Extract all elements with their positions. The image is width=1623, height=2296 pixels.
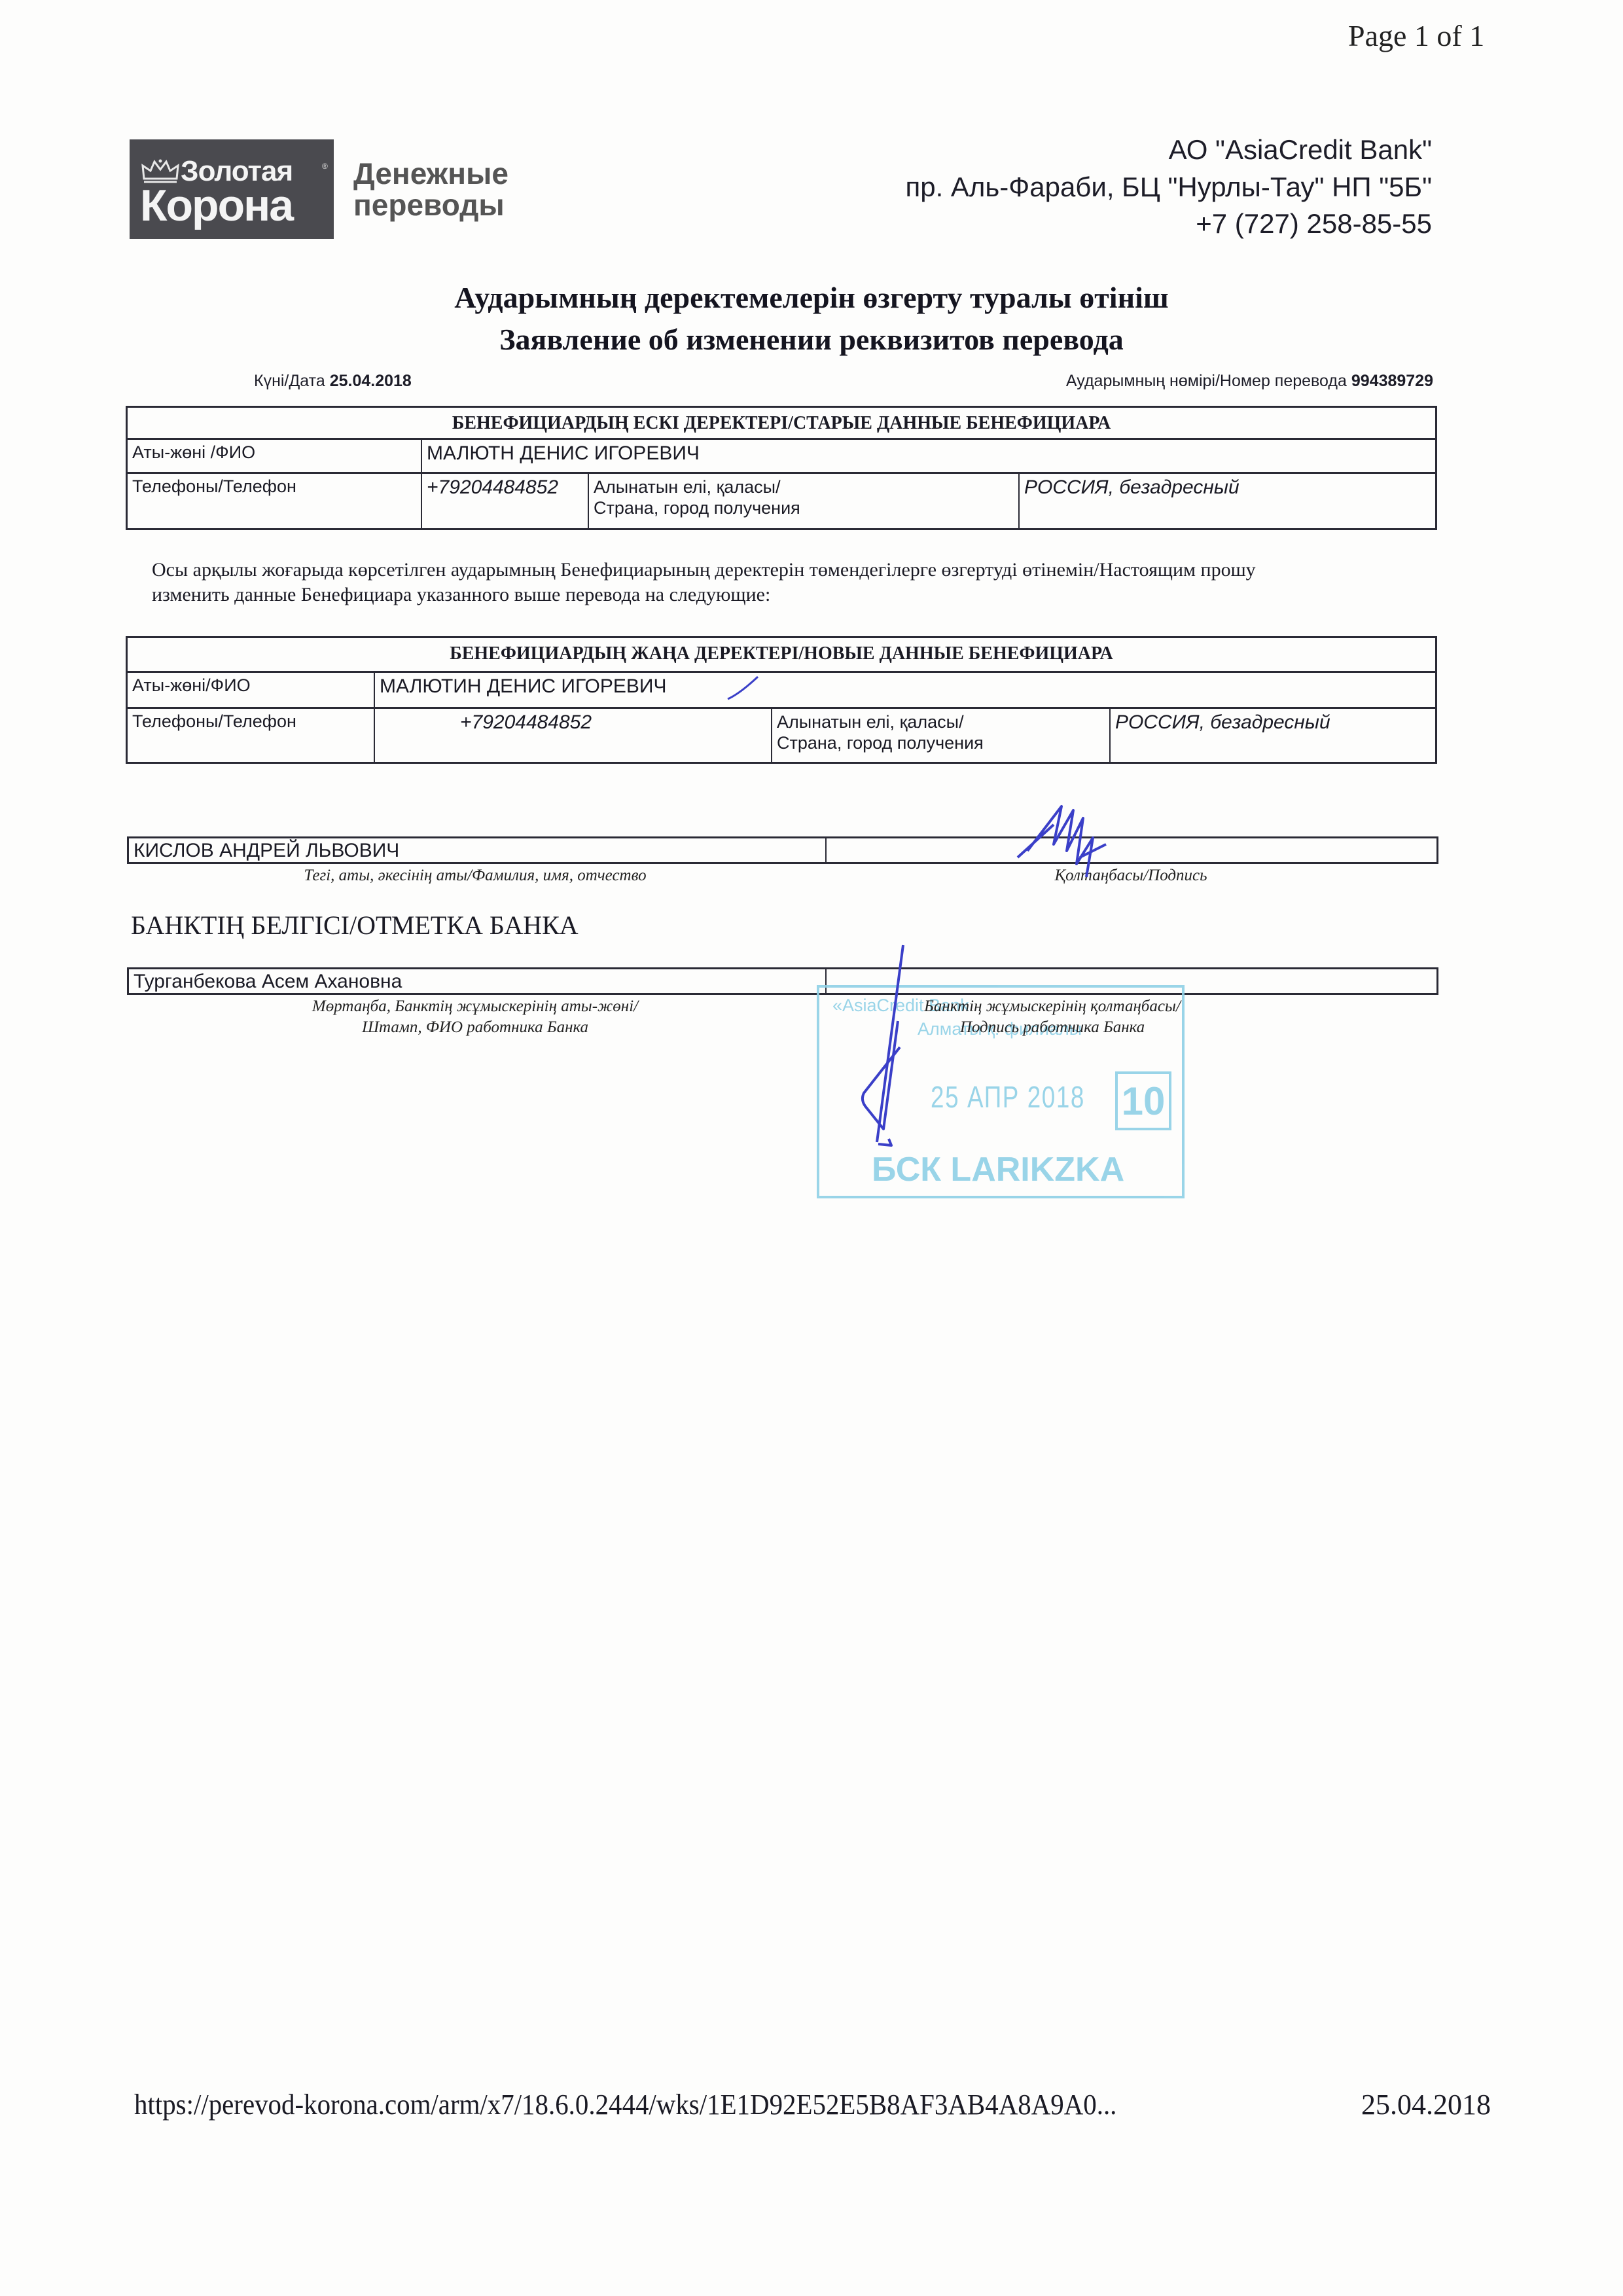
old-country-value: РОССИЯ, безадресный bbox=[1018, 474, 1435, 528]
bank-employee-caption-ru: Штамп, ФИО работника Банка bbox=[127, 1017, 823, 1038]
new-name-row: Аты-жөні/ФИО МАЛЮТИН ДЕНИС ИГОРЕВИЧ bbox=[128, 671, 1435, 707]
applicant-name: КИСЛОВ АНДРЕЙ ЛЬВОВИЧ bbox=[129, 838, 825, 862]
bank-employee-caption: Мөртаңба, Банктің жұмыскерінің аты-жөні/… bbox=[127, 996, 823, 1038]
document-title-ru: Заявление об изменении реквизитов перево… bbox=[0, 322, 1623, 357]
new-phone-label: Телефоны/Телефон bbox=[128, 709, 374, 762]
old-country-label-kz: Алынатын елі, қаласы/ bbox=[594, 476, 1014, 497]
new-country-label-ru: Страна, город получения bbox=[777, 732, 1105, 753]
old-beneficiary-header: БЕНЕФИЦИАРДЫҢ ЕСКІ ДЕРЕКТЕРІ/СТАРЫЕ ДАНН… bbox=[128, 408, 1435, 434]
old-phone-value: +79204484852 bbox=[421, 474, 588, 528]
old-country-label-ru: Страна, город получения bbox=[594, 497, 1014, 518]
new-country-label: Алынатын елі, қаласы/ Страна, город полу… bbox=[771, 709, 1109, 762]
request-text-line2: изменить данные Бенефициара указанного в… bbox=[152, 583, 1435, 607]
bank-mark-heading: БАНКТІҢ БЕЛГІСІ/ОТМЕТКА БАНКА bbox=[131, 910, 579, 941]
footer-date: 25.04.2018 bbox=[1361, 2088, 1491, 2121]
transfer-number-value: 994389729 bbox=[1351, 372, 1433, 390]
transfer-number-label: Аударымның нөмірі/Номер перевода bbox=[1066, 372, 1347, 390]
brand-tagline-line1: Денежные bbox=[353, 156, 508, 191]
bank-name: АО "AsiaCredit Bank" bbox=[1169, 134, 1432, 166]
old-name-value: МАЛЮТН ДЕНИС ИГОРЕВИЧ bbox=[421, 440, 1435, 472]
checkmark-icon bbox=[726, 674, 766, 704]
new-beneficiary-table: БЕНЕФИЦИАРДЫҢ ЖАҢА ДЕРЕКТЕРІ/НОВЫЕ ДАННЫ… bbox=[126, 636, 1437, 764]
old-name-row: Аты-жөні /ФИО МАЛЮТН ДЕНИС ИГОРЕВИЧ bbox=[128, 438, 1435, 472]
date-label: Күні/Дата bbox=[254, 372, 325, 390]
stamp-code: БСК LARIKZKA bbox=[872, 1150, 1124, 1189]
transfer-number: Аударымның нөмірі/Номер перевода 9943897… bbox=[1066, 372, 1433, 391]
stamp-number: 10 bbox=[1115, 1071, 1171, 1130]
old-phone-row: Телефоны/Телефон +79204484852 Алынатын е… bbox=[128, 472, 1435, 528]
applicant-name-caption: Тегі, аты, әкесінің аты/Фамилия, имя, от… bbox=[127, 865, 823, 886]
old-phone-label: Телефоны/Телефон bbox=[128, 474, 421, 528]
footer-url: https://perevod-korona.com/arm/x7/18.6.0… bbox=[134, 2088, 1116, 2121]
document-date: Күні/Дата 25.04.2018 bbox=[254, 372, 412, 391]
old-beneficiary-table: БЕНЕФИЦИАРДЫҢ ЕСКІ ДЕРЕКТЕРІ/СТАРЫЕ ДАНН… bbox=[126, 406, 1437, 530]
old-country-label: Алынатын елі, қаласы/ Страна, город полу… bbox=[588, 474, 1018, 528]
new-phone-value: +79204484852 bbox=[374, 709, 771, 762]
document-title-kz: Аударымның деректемелерін өзгерту туралы… bbox=[0, 280, 1623, 315]
bank-employee-signature bbox=[851, 942, 955, 1152]
new-phone-row: Телефоны/Телефон +79204484852 Алынатын е… bbox=[128, 707, 1435, 762]
page-indicator: Page 1 of 1 bbox=[1348, 18, 1484, 53]
brand-name-line2: Корона bbox=[140, 180, 293, 231]
old-name-label: Аты-жөні /ФИО bbox=[128, 440, 421, 472]
bank-employee-caption-kz: Мөртаңба, Банктің жұмыскерінің аты-жөні/ bbox=[127, 996, 823, 1017]
new-name-value: МАЛЮТИН ДЕНИС ИГОРЕВИЧ bbox=[374, 673, 1435, 707]
date-value: 25.04.2018 bbox=[330, 372, 412, 390]
bank-phone: +7 (727) 258-85-55 bbox=[1196, 208, 1432, 240]
new-country-label-kz: Алынатын елі, қаласы/ bbox=[777, 711, 1105, 732]
brand-tagline-line2: переводы bbox=[353, 187, 505, 223]
applicant-signature bbox=[1014, 805, 1165, 897]
bank-employee-row: Турганбекова Асем Ахановна bbox=[127, 967, 1438, 995]
new-country-value: РОССИЯ, безадресный bbox=[1109, 709, 1435, 762]
new-beneficiary-header: БЕНЕФИЦИАРДЫҢ ЖАҢА ДЕРЕКТЕРІ/НОВЫЕ ДАННЫ… bbox=[128, 638, 1435, 664]
request-text-line1: Осы арқылы жоғарыда көрсетілген аударымн… bbox=[152, 558, 1435, 583]
brand-logo: Золотая ® Корона bbox=[130, 139, 334, 239]
bank-address: пр. Аль-Фараби, БЦ "Нурлы-Тау" НП "5Б" bbox=[905, 171, 1432, 203]
request-text: Осы арқылы жоғарыда көрсетілген аударымн… bbox=[152, 558, 1435, 607]
new-name-label: Аты-жөні/ФИО bbox=[128, 673, 374, 707]
applicant-row: КИСЛОВ АНДРЕЙ ЛЬВОВИЧ bbox=[127, 836, 1438, 864]
registered-mark: ® bbox=[322, 162, 328, 171]
bank-employee-name: Турганбекова Асем Ахановна bbox=[129, 969, 825, 993]
